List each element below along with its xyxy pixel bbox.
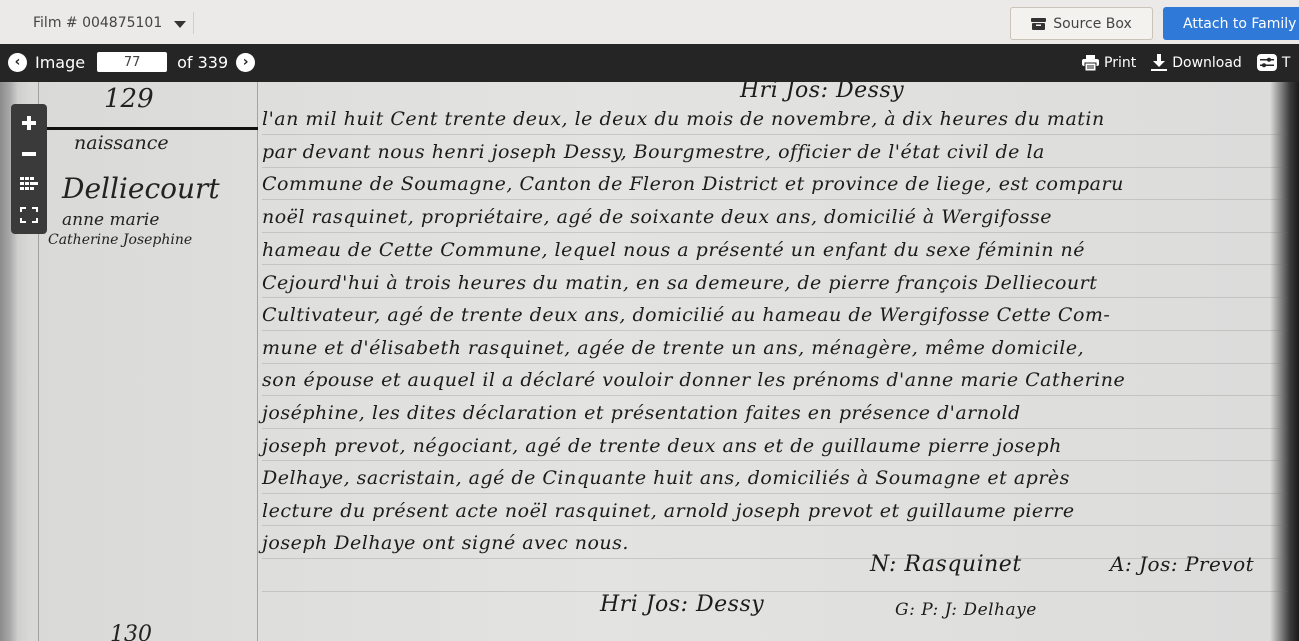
- fullscreen-icon: [20, 207, 38, 223]
- minus-icon: [22, 152, 36, 156]
- chevron-down-icon[interactable]: [174, 21, 186, 28]
- attach-to-family-button[interactable]: Attach to Family: [1163, 7, 1299, 40]
- ruled-line: [262, 460, 1287, 461]
- archive-box-icon: [1031, 18, 1046, 30]
- record-text-line: l'an mil huit Cent trente deux, le deux …: [262, 108, 1105, 130]
- signature: N: Rasquinet: [870, 552, 1022, 577]
- grid-view-button[interactable]: [15, 171, 43, 197]
- printer-icon: [1082, 55, 1099, 71]
- ruled-line: [262, 395, 1287, 396]
- top-signature: Hri Jos: Dessy: [740, 82, 904, 103]
- sliders-icon: [1257, 54, 1277, 71]
- record-text-line: hameau de Cette Commune, lequel nous a p…: [262, 239, 1085, 261]
- grid-view-icon: [20, 177, 38, 191]
- plus-icon: [22, 116, 36, 130]
- film-number: Film # 004875101: [33, 15, 162, 31]
- record-text-line: joséphine, les dites déclaration et prés…: [262, 402, 1021, 424]
- image-number-input[interactable]: [97, 52, 167, 72]
- toolbar-actions: Print Download T: [1082, 54, 1299, 71]
- signature: Hri Jos: Dessy: [600, 592, 764, 617]
- ruled-line: [262, 297, 1287, 298]
- record-text-line: Cejourd'hui à trois heures du matin, en …: [262, 272, 1097, 294]
- zoom-in-button[interactable]: [15, 110, 43, 136]
- film-selector[interactable]: Film # 004875101: [33, 15, 186, 31]
- divider: [193, 12, 194, 34]
- ruled-line: [262, 591, 1287, 592]
- download-label: Download: [1172, 55, 1242, 71]
- chevron-left-circle-icon[interactable]: ‹: [8, 53, 27, 72]
- fullscreen-button[interactable]: [15, 202, 43, 228]
- record-text-line: son épouse et auquel il a déclaré vouloi…: [262, 369, 1125, 391]
- record-image-viewer[interactable]: 129 naissance Delliecourt anne marie Cat…: [0, 82, 1299, 641]
- ruled-line: [262, 363, 1287, 364]
- ruled-line: [262, 134, 1287, 135]
- image-label: Image: [35, 53, 85, 72]
- ruled-line: [262, 264, 1287, 265]
- margin-given-names: anne marie: [62, 210, 159, 230]
- margin-event: naissance: [74, 132, 169, 154]
- signature: A: Jos: Prevot: [1110, 552, 1254, 576]
- record-text-line: par devant nous henri joseph Dessy, Bour…: [262, 141, 1045, 163]
- record-text-line: joseph prevot, négociant, agé de trente …: [262, 435, 1062, 457]
- zoom-controls: [11, 104, 47, 234]
- print-button[interactable]: Print: [1082, 55, 1136, 71]
- zoom-out-button[interactable]: [15, 141, 43, 167]
- record-separator: [46, 127, 258, 130]
- record-text-line: noël rasquinet, propriétaire, agé de soi…: [262, 206, 1052, 228]
- tools-button[interactable]: T: [1257, 54, 1291, 71]
- top-header: Film # 004875101 Source Box Attach to Fa…: [0, 0, 1299, 44]
- chevron-right-circle-icon[interactable]: ›: [236, 53, 255, 72]
- ruled-line: [262, 232, 1287, 233]
- ruled-line: [262, 428, 1287, 429]
- source-box-button[interactable]: Source Box: [1010, 7, 1153, 40]
- ruled-line: [262, 167, 1287, 168]
- ruled-line: [262, 493, 1287, 494]
- record-text-line: mune et d'élisabeth rasquinet, agée de t…: [262, 337, 1084, 359]
- record-text-line: Cultivateur, agé de trente deux ans, dom…: [262, 304, 1110, 326]
- attach-label: Attach to Family: [1183, 16, 1296, 32]
- ruled-line: [262, 330, 1287, 331]
- image-toolbar: ‹ Image of 339 › Print Download T: [0, 44, 1299, 82]
- record-text-line: lecture du présent acte noël rasquinet, …: [262, 500, 1075, 522]
- margin-surname: Delliecourt: [62, 172, 220, 205]
- margin-given-names-2: Catherine Josephine: [48, 232, 192, 248]
- ruled-line: [262, 525, 1287, 526]
- download-button[interactable]: Download: [1151, 54, 1242, 71]
- download-icon: [1151, 54, 1167, 71]
- ruled-line: [262, 199, 1287, 200]
- image-navigation: ‹ Image of 339 ›: [8, 52, 255, 72]
- next-record-number: 130: [110, 622, 152, 641]
- record-text-line: Delhaye, sacristain, agé de Cinquante hu…: [262, 467, 1070, 489]
- image-total: of 339: [177, 53, 228, 72]
- signature: G: P: J: Delhaye: [895, 600, 1037, 620]
- record-number: 129: [104, 84, 154, 114]
- column-divider-line: [257, 82, 258, 641]
- record-text-line: joseph Delhaye ont signé avec nous.: [262, 532, 629, 554]
- source-box-label: Source Box: [1053, 16, 1132, 32]
- tools-label: T: [1282, 55, 1291, 71]
- record-text-line: Commune de Soumagne, Canton de Fleron Di…: [262, 173, 1124, 195]
- print-label: Print: [1104, 55, 1136, 71]
